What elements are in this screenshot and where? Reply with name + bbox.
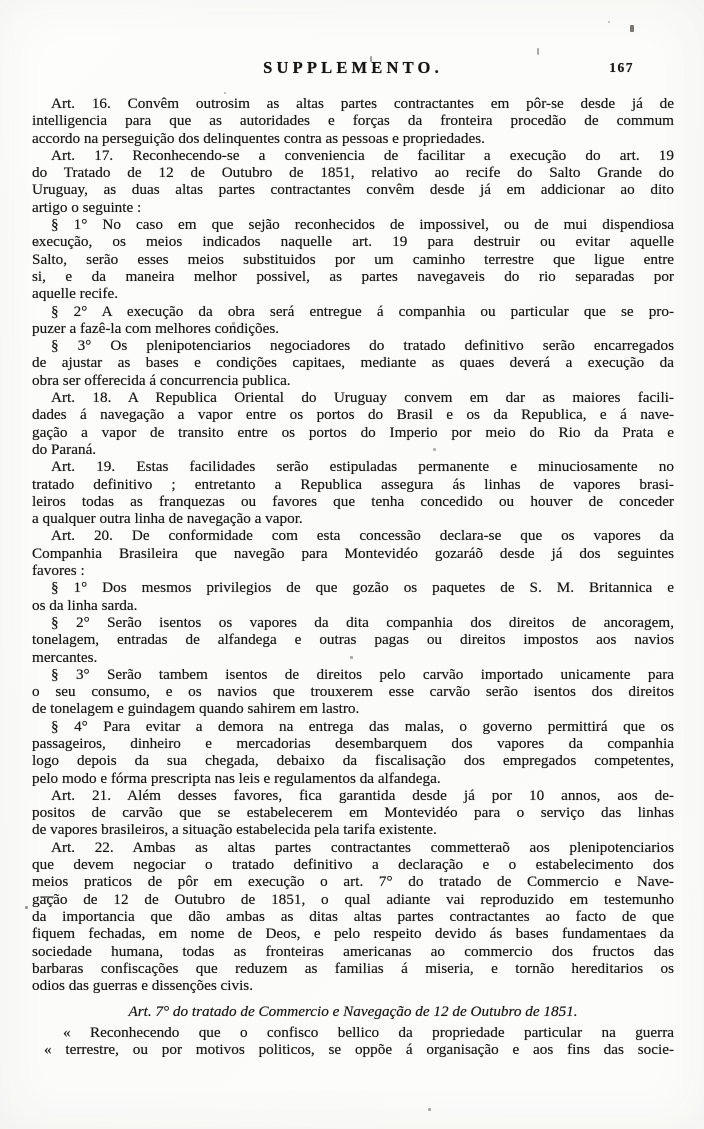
text-line: obra ser offerecida á concurrencia publi… bbox=[32, 372, 674, 389]
page-title: SUPPLEMENTO. bbox=[263, 58, 443, 77]
text-line: intelligencia para que as autoridades e … bbox=[32, 112, 674, 129]
text-line: meios praticos de pôr em execução o art.… bbox=[32, 873, 674, 890]
text-line: passageiros, dinheiro e mercadorias dese… bbox=[32, 735, 674, 752]
text-line: tonelagem, entradas de alfandega e outra… bbox=[32, 631, 674, 648]
text-line: favores : bbox=[32, 562, 674, 579]
text-line: § 1° No caso em que sejão reconhecidos d… bbox=[32, 216, 674, 233]
text-line: Art. 16. Convêm outrosim as altas partes… bbox=[32, 95, 674, 112]
text-line: artigo o seguinte : bbox=[32, 199, 674, 216]
ink-speck bbox=[630, 25, 634, 32]
text-line: leiros todas as franquezas ou favores qu… bbox=[32, 493, 674, 510]
paragraph: § 3° Os plenipotenciarios negociadores d… bbox=[32, 337, 674, 389]
paragraph: Art. 18. A Republica Oriental do Uruguay… bbox=[32, 389, 674, 458]
text-line: o seu consumo, e os navios que trouxerem… bbox=[32, 683, 674, 700]
text-line: « Reconhecendo que o confisco bellico da… bbox=[32, 1024, 674, 1041]
text-line: os da linha sarda. bbox=[32, 597, 674, 614]
text-line: de tonelagem e guindagem quando sahirem … bbox=[32, 700, 674, 717]
text-line: § 2° A execução da obra será entregue á … bbox=[32, 303, 674, 320]
text-line: si, e da maneira melhor possivel, as par… bbox=[32, 268, 674, 285]
text-line: de ajustar as bases e condições capitaes… bbox=[32, 354, 674, 371]
page-number: 167 bbox=[609, 60, 634, 76]
paragraph: Art. 16. Convêm outrosim as altas partes… bbox=[32, 95, 674, 147]
text-line: Salto, serão esses meios substituidos po… bbox=[32, 251, 674, 268]
ink-speck bbox=[370, 56, 372, 62]
paragraph: Art. 17. Reconhecendo-se a conveniencia … bbox=[32, 147, 674, 216]
text-line: de vapores brasileiros, a situação estab… bbox=[32, 821, 674, 838]
ink-speck bbox=[608, 21, 610, 23]
text-line: a qualquer outra linha de navegação a va… bbox=[32, 510, 674, 527]
text-line: odios das guerras e dissenções civis. bbox=[32, 977, 674, 994]
text-line: § 3° Os plenipotenciarios negociadores d… bbox=[32, 337, 674, 354]
text-line: accordo na perseguição dos delinquentes … bbox=[32, 130, 674, 147]
paragraph: Art. 20. De conformidade com esta conces… bbox=[32, 527, 674, 579]
text-line: da importancia que dão ambas as ditas al… bbox=[32, 908, 674, 925]
text-line: Art. 18. A Republica Oriental do Uruguay… bbox=[32, 389, 674, 406]
text-line: Uruguay, as duas altas partes contractan… bbox=[32, 181, 674, 198]
paragraph: § 1° No caso em que sejão reconhecidos d… bbox=[32, 216, 674, 302]
text-line: Art. 21. Além desses favores, fica garan… bbox=[32, 787, 674, 804]
paragraph: § 3° Serão tambem isentos de direitos pe… bbox=[32, 666, 674, 718]
text-line: Companhia Brasileira que navegão para Mo… bbox=[32, 545, 674, 562]
ink-speck bbox=[537, 48, 539, 55]
ink-speck bbox=[350, 656, 353, 659]
paragraph: § 1° Dos mesmos privilegios de que gozão… bbox=[32, 579, 674, 614]
page-header: SUPPLEMENTO. 167 bbox=[32, 58, 674, 80]
ink-speck bbox=[25, 906, 28, 909]
text-line: Art. 22. Ambas as altas partes contracta… bbox=[32, 839, 674, 856]
page-body: Art. 16. Convêm outrosim as altas partes… bbox=[32, 95, 674, 1058]
text-line: § 4° Para evitar a demora na entrega das… bbox=[32, 718, 674, 735]
text-line: § 2° Serão isentos os vapores da dita co… bbox=[32, 614, 674, 631]
text-line: Art. 20. De conformidade com esta conces… bbox=[32, 527, 674, 544]
text-line: positos de carvão que se estabelecerem e… bbox=[32, 804, 674, 821]
section-heading: Art. 7° do tratado de Commercio e Navega… bbox=[32, 1003, 674, 1020]
text-line: dades á navegação a vapor entre os porto… bbox=[32, 406, 674, 423]
text-line: Art. 7° do tratado de Commercio e Navega… bbox=[32, 1003, 674, 1020]
text-line: fiquem fechadas, em nome de Deos, e pelo… bbox=[32, 925, 674, 942]
ink-speck bbox=[224, 92, 226, 94]
text-line: § 3° Serão tambem isentos de direitos pe… bbox=[32, 666, 674, 683]
text-line: tratado definitivo ; entretanto a Republ… bbox=[32, 476, 674, 493]
ink-speck bbox=[232, 322, 235, 325]
text-line: gação de 12 de Outubro de 1851, o qual a… bbox=[32, 891, 674, 908]
text-line: Art. 19. Estas facilidades serão estipul… bbox=[32, 458, 674, 475]
text-line: que devem negociar o tratado definitivo … bbox=[32, 856, 674, 873]
text-line: Art. 17. Reconhecendo-se a conveniencia … bbox=[32, 147, 674, 164]
text-line: mercantes. bbox=[32, 649, 674, 666]
text-line: § 1° Dos mesmos privilegios de que gozão… bbox=[32, 579, 674, 596]
paragraph: Art. 21. Além desses favores, fica garan… bbox=[32, 787, 674, 839]
paragraph: « Reconhecendo que o confisco bellico da… bbox=[32, 1024, 674, 1059]
margin-dash-mark bbox=[40, 896, 54, 898]
ink-speck bbox=[36, 241, 39, 245]
paragraph: § 2° Serão isentos os vapores da dita co… bbox=[32, 614, 674, 666]
text-line: do Tratado de 12 de Outubro de 1851, rel… bbox=[32, 164, 674, 181]
text-line: « terrestre, ou por motivos politicos, s… bbox=[32, 1041, 674, 1058]
paragraph: § 4° Para evitar a demora na entrega das… bbox=[32, 718, 674, 787]
text-line: barbaras confiscações que reduzem as fam… bbox=[32, 960, 674, 977]
ink-speck bbox=[428, 1108, 431, 1111]
paragraph: § 2° A execução da obra será entregue á … bbox=[32, 303, 674, 338]
paragraph: Art. 19. Estas facilidades serão estipul… bbox=[32, 458, 674, 527]
text-line: execução, os meios indicados naquelle ar… bbox=[32, 233, 674, 250]
text-line: do Paraná. bbox=[32, 441, 674, 458]
text-line: aquelle recife. bbox=[32, 285, 674, 302]
text-line: sociedade humana, todas as fronteiras am… bbox=[32, 943, 674, 960]
ink-speck bbox=[433, 448, 436, 451]
scanned-document-page: SUPPLEMENTO. 167 Art. 16. Convêm outrosi… bbox=[0, 0, 704, 1129]
text-line: pelo modo e fórma prescripta nas leis e … bbox=[32, 770, 674, 787]
text-line: puzer a fazê-la com melhores condições. bbox=[32, 320, 674, 337]
text-line: logo depois da sua chegada, debaixo da f… bbox=[32, 752, 674, 769]
text-line: gação a vapor de transito entre os porto… bbox=[32, 424, 674, 441]
paragraph: Art. 22. Ambas as altas partes contracta… bbox=[32, 839, 674, 995]
